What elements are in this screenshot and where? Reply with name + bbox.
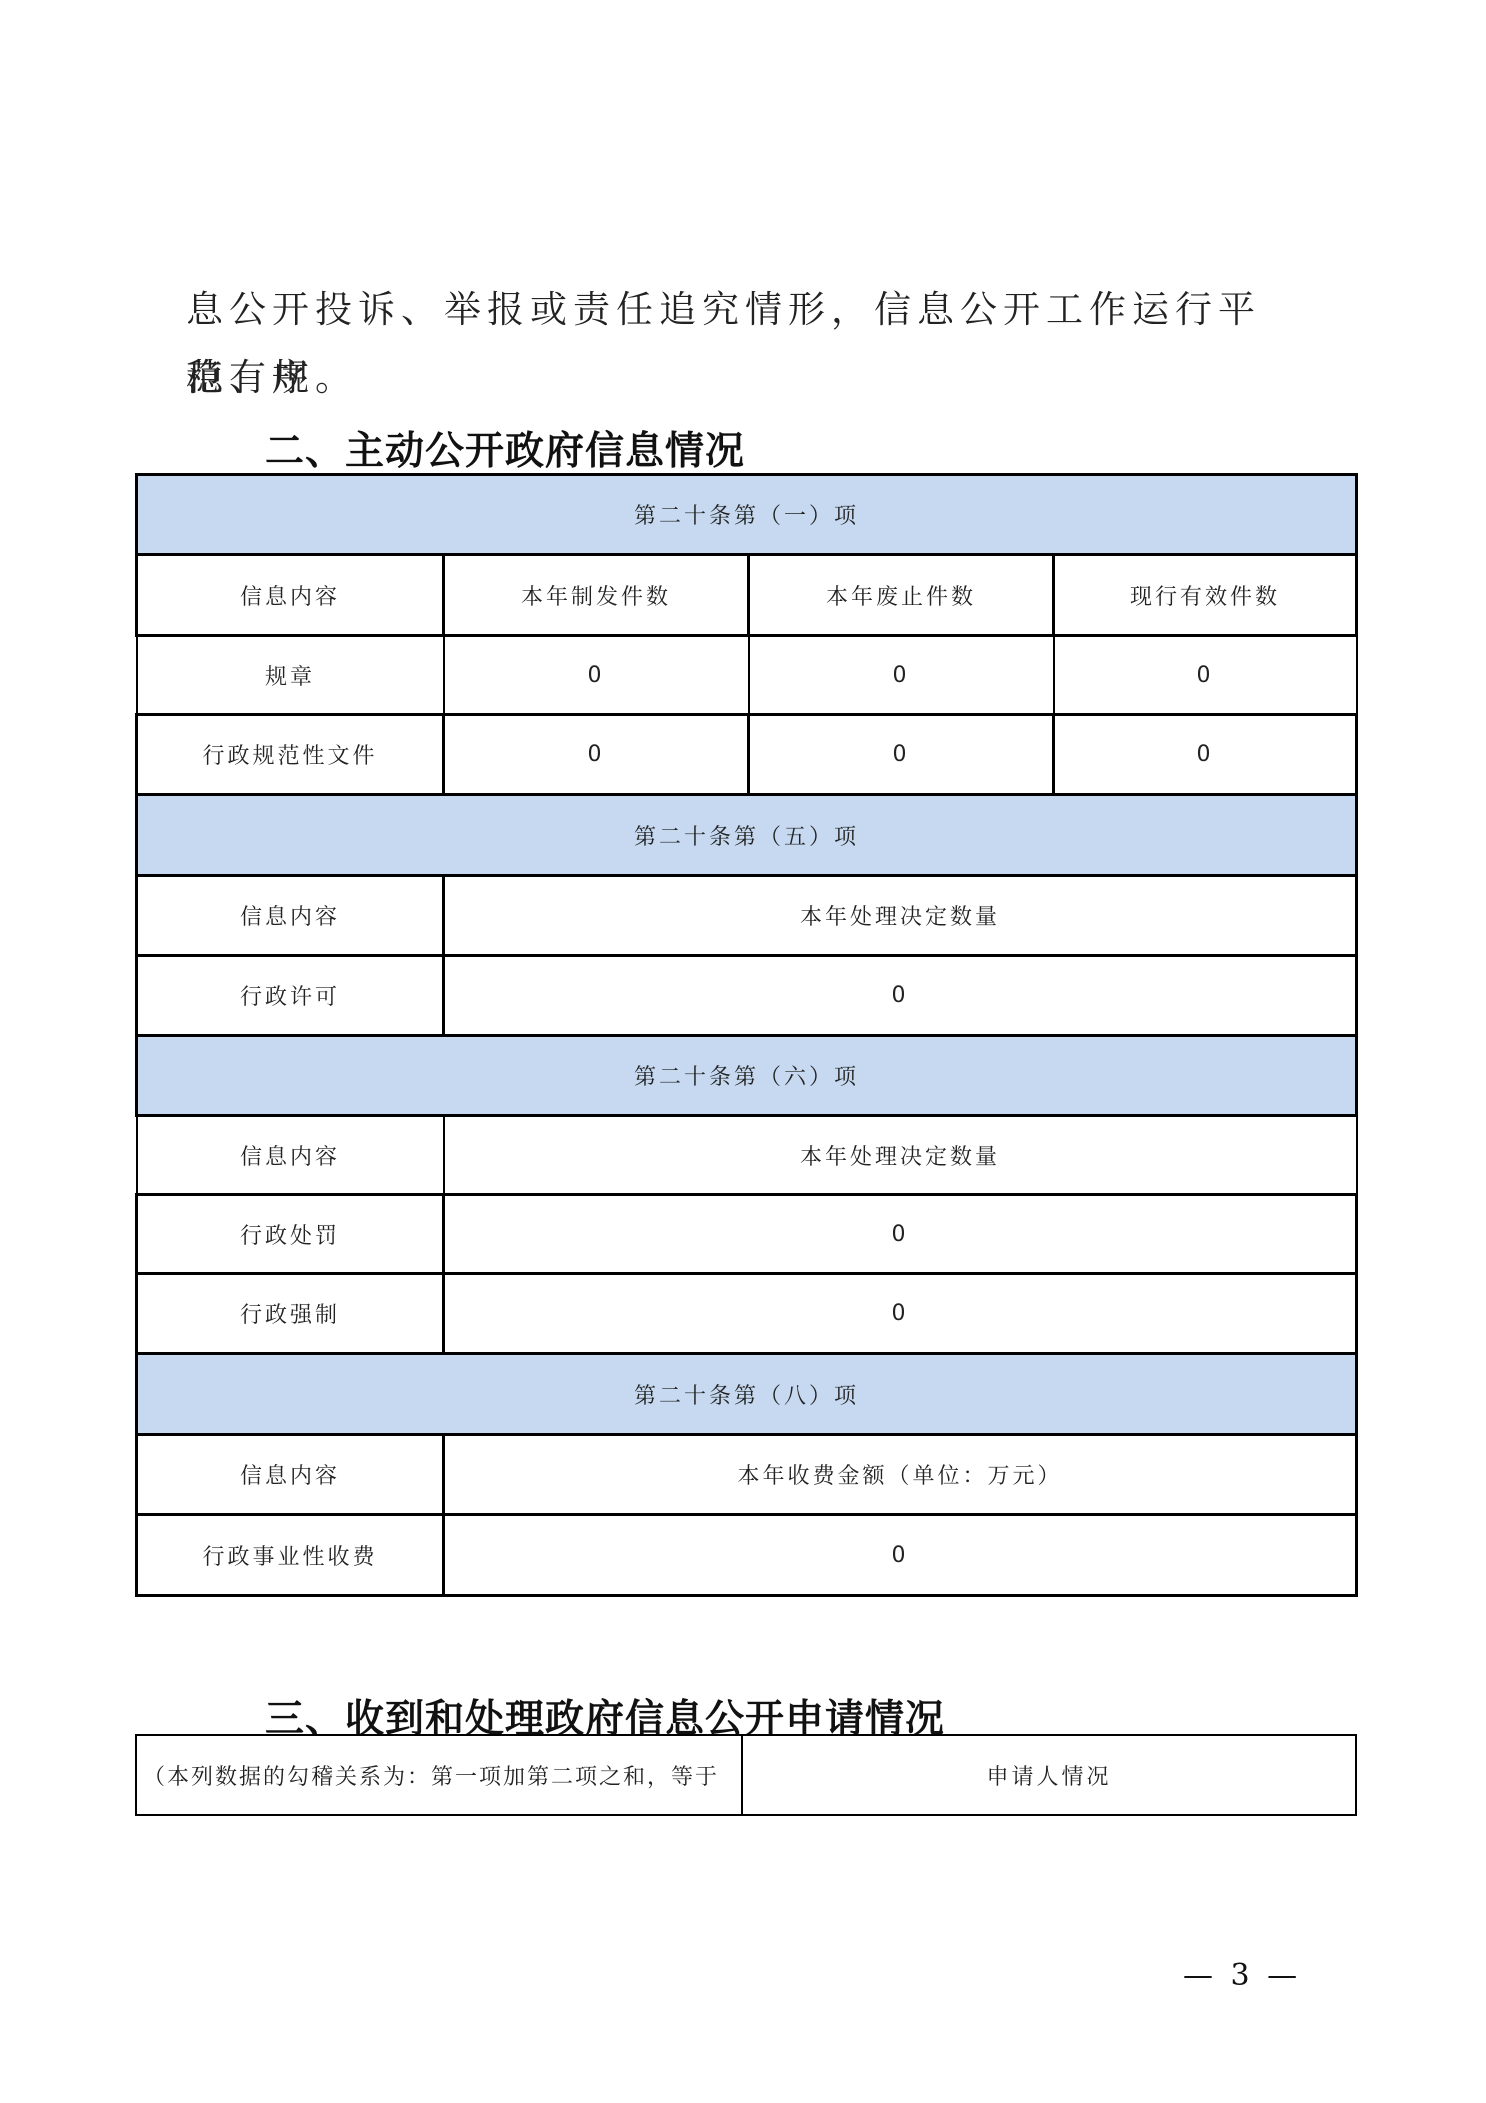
cell-value: 0	[1054, 715, 1357, 795]
cell-value: 0	[444, 715, 749, 795]
cell-value: 0	[444, 1274, 1357, 1354]
cell-value: 0	[444, 1515, 1357, 1596]
header-row: 信息内容 本年处理决定数量	[137, 1116, 1357, 1195]
section-2-heading: 二、主动公开政府信息情况	[265, 420, 745, 476]
row-label: 行政事业性收费	[137, 1515, 444, 1596]
section-header-row: 第二十条第（一）项	[137, 475, 1357, 555]
cell-value: 0	[444, 956, 1357, 1036]
row-label: 规章	[137, 636, 444, 715]
row-label: 行政处罚	[137, 1195, 444, 1274]
applicant-header: 申请人情况	[742, 1735, 1356, 1815]
row-label: 行政许可	[137, 956, 444, 1036]
column-header: 信息内容	[137, 876, 444, 956]
column-note: （本列数据的勾稽关系为：第一项加第二项之和，等于	[136, 1735, 742, 1815]
column-header: 本年处理决定数量	[444, 876, 1357, 956]
column-header: 信息内容	[137, 1116, 444, 1195]
section-title: 第二十条第（五）项	[137, 795, 1357, 876]
row-label: 行政强制	[137, 1274, 444, 1354]
header-row: 信息内容 本年收费金额（单位：万元）	[137, 1435, 1357, 1515]
cell-value: 0	[749, 636, 1054, 715]
cell-value: 0	[1054, 636, 1357, 715]
table-row: 行政强制 0	[137, 1274, 1357, 1354]
row-label: 行政规范性文件	[137, 715, 444, 795]
table-row: 行政许可 0	[137, 956, 1357, 1036]
table-row: （本列数据的勾稽关系为：第一项加第二项之和，等于 申请人情况	[136, 1735, 1356, 1815]
section-header-row: 第二十条第（八）项	[137, 1354, 1357, 1435]
column-header: 本年收费金额（单位：万元）	[444, 1435, 1357, 1515]
column-header: 信息内容	[137, 1435, 444, 1515]
proactive-disclosure-table: 第二十条第（一）项 信息内容 本年制发件数 本年废止件数 现行有效件数 规章 0…	[135, 473, 1358, 1597]
column-header: 信息内容	[137, 555, 444, 636]
column-header: 本年制发件数	[444, 555, 749, 636]
cell-value: 0	[444, 636, 749, 715]
cell-value: 0	[749, 715, 1054, 795]
section-title: 第二十条第（六）项	[137, 1036, 1357, 1116]
cell-value: 0	[444, 1195, 1357, 1274]
section-header-row: 第二十条第（五）项	[137, 795, 1357, 876]
section-title: 第二十条第（八）项	[137, 1354, 1357, 1435]
table-row: 行政规范性文件 0 0 0	[137, 715, 1357, 795]
table-row: 行政处罚 0	[137, 1195, 1357, 1274]
application-table: （本列数据的勾稽关系为：第一项加第二项之和，等于 申请人情况	[135, 1734, 1357, 1816]
header-row: 信息内容 本年处理决定数量	[137, 876, 1357, 956]
table-row: 行政事业性收费 0	[137, 1515, 1357, 1596]
table-row: 规章 0 0 0	[137, 636, 1357, 715]
column-header: 本年废止件数	[749, 555, 1054, 636]
section-header-row: 第二十条第（六）项	[137, 1036, 1357, 1116]
paragraph-line-2: 范有序。	[186, 344, 1326, 412]
column-header: 本年处理决定数量	[444, 1116, 1357, 1195]
column-header: 现行有效件数	[1054, 555, 1357, 636]
header-row: 信息内容 本年制发件数 本年废止件数 现行有效件数	[137, 555, 1357, 636]
page-number: — 3 —	[1183, 1958, 1301, 1993]
section-title: 第二十条第（一）项	[137, 475, 1357, 555]
